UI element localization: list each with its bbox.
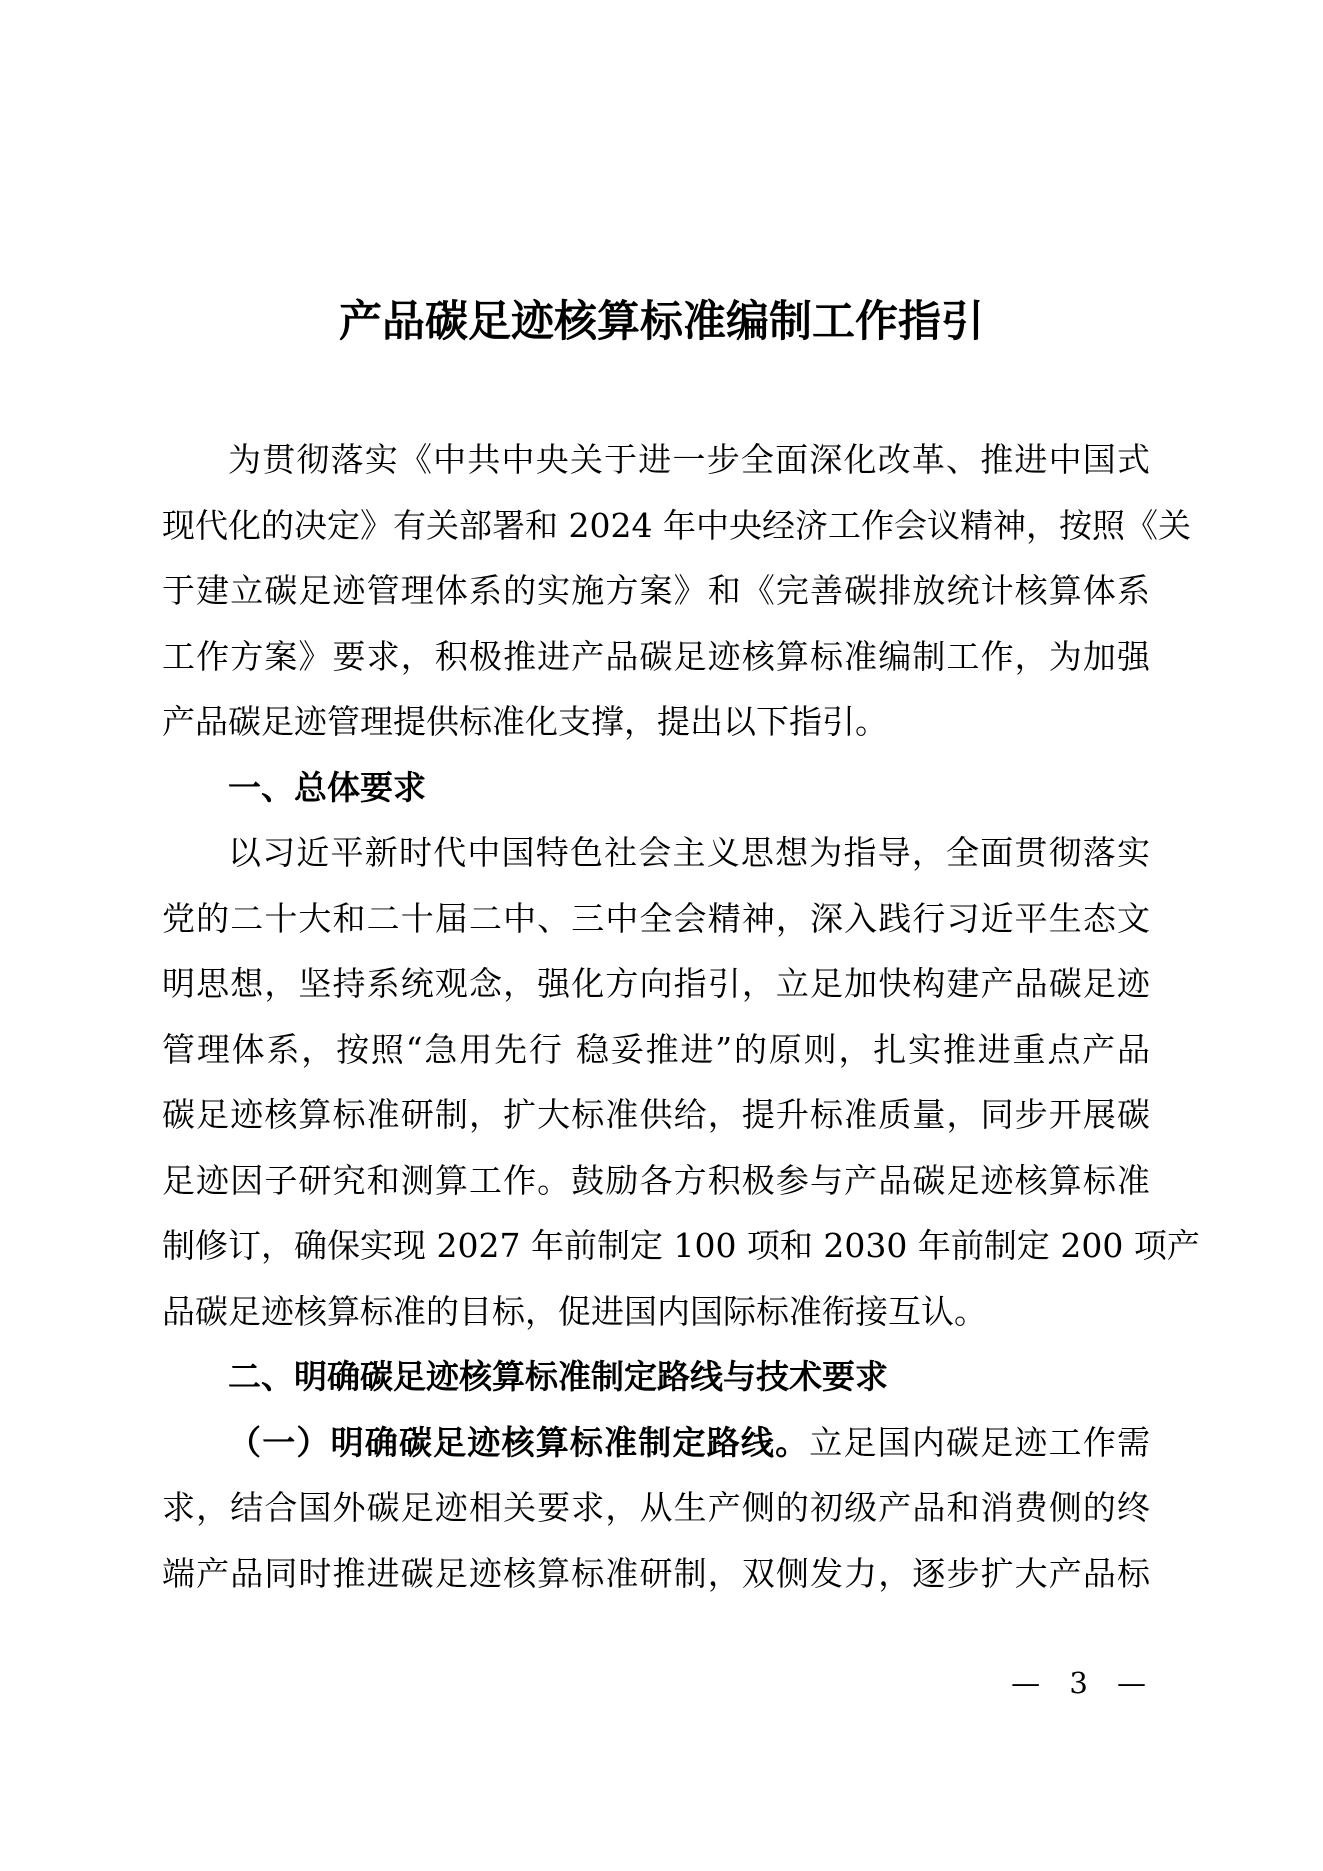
intro-line-4: 工作方案》要求，积极推进产品碳足迹核算标准编制工作，为加强 xyxy=(162,624,1150,690)
section1-line-8: 品碳足迹核算标准的目标，促进国内国际标准衔接互认。 xyxy=(162,1279,1150,1345)
section2-heading: 二、明确碳足迹核算标准制定路线与技术要求 xyxy=(162,1344,1150,1410)
section2-item1-line-3: 端产品同时推进碳足迹核算标准研制，双侧发力，逐步扩大产品标 xyxy=(162,1541,1150,1607)
section1-line-2: 党的二十大和二十届二中、三中全会精神，深入践行习近平生态文 xyxy=(162,886,1150,952)
intro-line-3: 于建立碳足迹管理体系的实施方案》和《完善碳排放统计核算体系 xyxy=(162,558,1150,624)
intro-line-2: 现代化的决定》有关部署和 2024 年中央经济工作会议精神，按照《关 xyxy=(162,493,1150,559)
section1-line-1: 以习近平新时代中国特色社会主义思想为指导，全面贯彻落实 xyxy=(162,820,1150,886)
document-page: 产品碳足迹核算标准编制工作指引 为贯彻落实《中共中央关于进一步全面深化改革、推进… xyxy=(0,0,1323,1871)
section2-item1-lead: （一）明确碳足迹核算标准制定路线。 xyxy=(228,1423,809,1462)
intro-line-1: 为贯彻落实《中共中央关于进一步全面深化改革、推进中国式 xyxy=(162,427,1150,493)
document-title: 产品碳足迹核算标准编制工作指引 xyxy=(0,296,1323,348)
intro-line-5: 产品碳足迹管理提供标准化支撑，提出以下指引。 xyxy=(162,689,1150,755)
section1-line-3: 明思想，坚持系统观念，强化方向指引，立足加快构建产品碳足迹 xyxy=(162,951,1150,1017)
section1-line-5: 碳足迹核算标准研制，扩大标准供给，提升标准质量，同步开展碳 xyxy=(162,1082,1150,1148)
section1-heading: 一、总体要求 xyxy=(162,755,1150,821)
section1-line-6: 足迹因子研究和测算工作。鼓励各方积极参与产品碳足迹核算标准 xyxy=(162,1148,1150,1214)
section1-line-4: 管理体系，按照“急用先行 稳妥推进”的原则，扎实推进重点产品 xyxy=(162,1017,1150,1083)
section2-item1-line-1: （一）明确碳足迹核算标准制定路线。立足国内碳足迹工作需 xyxy=(162,1410,1150,1476)
document-body: 为贯彻落实《中共中央关于进一步全面深化改革、推进中国式 现代化的决定》有关部署和… xyxy=(162,427,1150,1606)
page-number: — 3 — xyxy=(1011,1664,1152,1702)
section2-item1-lead-rest: 立足国内碳足迹工作需 xyxy=(809,1423,1150,1462)
section2-item1-line-2: 求，结合国外碳足迹相关要求，从生产侧的初级产品和消费侧的终 xyxy=(162,1475,1150,1541)
section1-line-7: 制修订，确保实现 2027 年前制定 100 项和 2030 年前制定 200 … xyxy=(162,1213,1150,1279)
